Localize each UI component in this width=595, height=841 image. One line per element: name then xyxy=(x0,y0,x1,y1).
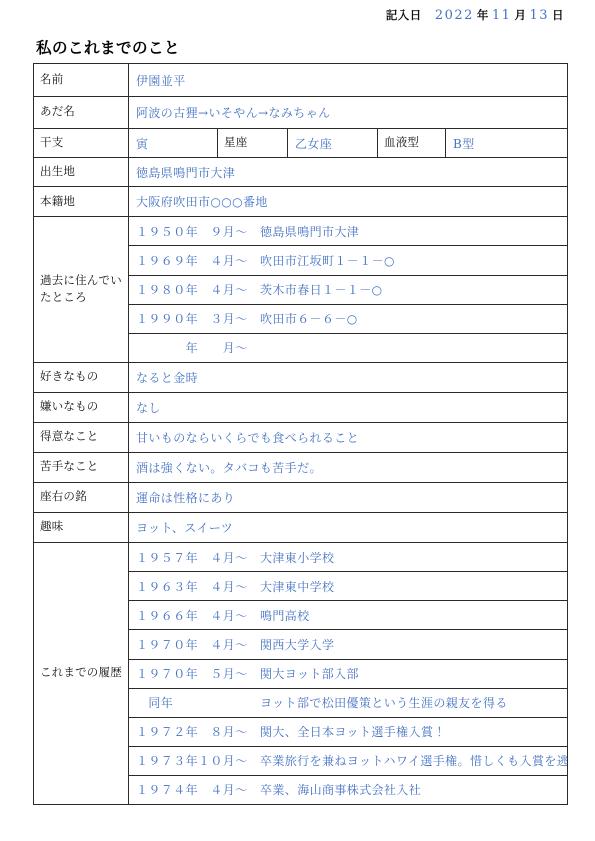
field-value-birthplace: 徳島県鳴門市大津 xyxy=(129,158,568,187)
field-value-motto: 運命は性格にあり xyxy=(129,483,568,513)
history-row: これまでの履歴 １９５７年 ４月～ 大津東小学校 xyxy=(34,543,568,572)
field-label-history: これまでの履歴 xyxy=(34,543,129,805)
field-label-motto: 座右の銘 xyxy=(34,483,129,513)
field-label-zodiac: 干支 xyxy=(34,129,129,158)
row-good-at: 得意なこと 甘いものならいくらでも食べられること xyxy=(34,422,568,452)
field-value-starsign: 乙女座 xyxy=(288,129,378,158)
form-page: 記入日2022年11月13日 私のこれまでのこと 名前 伊園並平 あだ名 阿波の… xyxy=(0,0,595,841)
entry-date-year: 2022 xyxy=(435,8,474,23)
field-label-birthplace: 出生地 xyxy=(34,158,129,187)
history-entry-9: １９７４年 ４月～ 卒業、海山商事株式会社入社 xyxy=(129,775,568,804)
field-value-domicile: 大阪府吹田市○○○番地 xyxy=(129,187,568,217)
history-entry-7: １９７２年 ８月～ 関大、全日本ヨット選手権入賞！ xyxy=(129,717,568,746)
row-birthplace: 出生地 徳島県鳴門市大津 xyxy=(34,158,568,187)
entry-date-year-unit: 年 xyxy=(477,10,489,22)
entry-date-day: 13 xyxy=(529,8,549,23)
entry-date-day-unit: 日 xyxy=(552,10,564,22)
history-entry-4: １９７０年 ４月～ 関西大学入学 xyxy=(129,630,568,659)
entry-date-month-unit: 月 xyxy=(514,10,526,22)
residence-row: 過去に住んでいたところ １９５０年 ９月～ 徳島県鳴門市大津 xyxy=(34,217,568,246)
field-label-domicile: 本籍地 xyxy=(34,187,129,217)
field-value-nickname: 阿波の古狸→いそやん→なみちゃん xyxy=(129,97,568,129)
field-value-dislikes: なし xyxy=(129,392,568,422)
history-entry-1: １９５７年 ４月～ 大津東小学校 xyxy=(129,543,568,572)
residence-entry-2: １９６９年 ４月～ 吹田市江坂町１－１－○ xyxy=(129,246,568,275)
field-value-name: 伊園並平 xyxy=(129,64,568,97)
profile-table: 名前 伊園並平 あだ名 阿波の古狸→いそやん→なみちゃん 干支 寅 星座 乙女座… xyxy=(33,63,568,805)
field-value-bloodtype: B型 xyxy=(446,129,568,158)
field-label-dislikes: 嫌いなもの xyxy=(34,392,129,422)
residence-entry-1: １９５０年 ９月～ 徳島県鳴門市大津 xyxy=(129,217,568,246)
row-zodiac-sign-blood: 干支 寅 星座 乙女座 血液型 B型 xyxy=(34,129,568,158)
row-nickname: あだ名 阿波の古狸→いそやん→なみちゃん xyxy=(34,97,568,129)
row-bad-at: 苦手なこと 酒は強くない。タバコも苦手だ。 xyxy=(34,453,568,483)
row-dislikes: 嫌いなもの なし xyxy=(34,392,568,422)
field-value-zodiac: 寅 xyxy=(129,129,218,158)
entry-date-label: 記入日 xyxy=(386,10,422,22)
field-value-likes: なると金時 xyxy=(129,362,568,392)
field-value-good-at: 甘いものならいくらでも食べられること xyxy=(129,422,568,452)
row-hobby: 趣味 ヨット、スイーツ xyxy=(34,513,568,543)
row-motto: 座右の銘 運命は性格にあり xyxy=(34,483,568,513)
row-domicile: 本籍地 大阪府吹田市○○○番地 xyxy=(34,187,568,217)
row-likes: 好きなもの なると金時 xyxy=(34,362,568,392)
field-label-bloodtype: 血液型 xyxy=(378,129,446,158)
row-name: 名前 伊園並平 xyxy=(34,64,568,97)
history-entry-2: １９６３年 ４月～ 大津東中学校 xyxy=(129,572,568,601)
field-label-nickname: あだ名 xyxy=(34,97,129,129)
entry-date: 記入日2022年11月13日 xyxy=(386,7,564,23)
entry-date-month: 11 xyxy=(492,8,512,23)
field-label-likes: 好きなもの xyxy=(34,362,129,392)
residence-entry-3: １９８０年 ４月～ 茨木市春日１－１－○ xyxy=(129,275,568,304)
history-entry-8: １９７３年１０月～ 卒業旅行を兼ねヨットハワイ選手権。惜しくも入賞を逃す xyxy=(129,746,568,775)
field-label-hobby: 趣味 xyxy=(34,513,129,543)
field-value-bad-at: 酒は強くない。タバコも苦手だ。 xyxy=(129,453,568,483)
history-entry-3: １９６６年 ４月～ 鳴門高校 xyxy=(129,601,568,630)
field-label-name: 名前 xyxy=(34,64,129,97)
field-label-past-residences: 過去に住んでいたところ xyxy=(34,217,129,362)
field-label-good-at: 得意なこと xyxy=(34,422,129,452)
history-entry-6: 同年 ヨット部で松田優策という生涯の親友を得る xyxy=(129,688,568,717)
field-label-bad-at: 苦手なこと xyxy=(34,453,129,483)
field-label-starsign: 星座 xyxy=(218,129,288,158)
residence-entry-5-blank: 年 月～ xyxy=(129,333,568,362)
page-title: 私のこれまでのこと xyxy=(36,36,180,58)
residence-entry-4: １９９０年 ３月～ 吹田市６－６－○ xyxy=(129,304,568,333)
history-entry-5: １９７０年 ５月～ 関大ヨット部入部 xyxy=(129,659,568,688)
field-value-hobby: ヨット、スイーツ xyxy=(129,513,568,543)
